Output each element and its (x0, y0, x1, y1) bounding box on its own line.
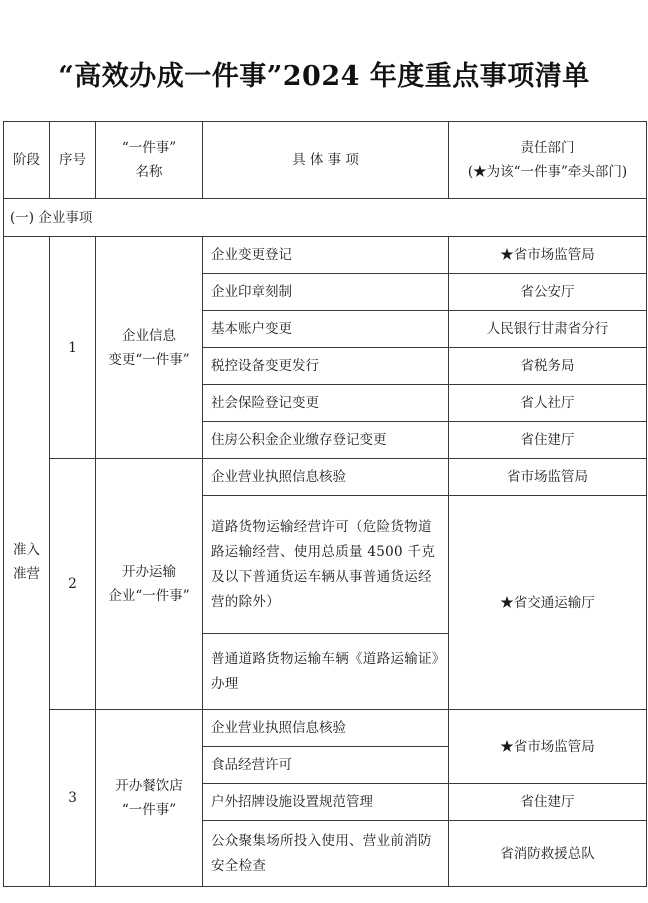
matter-name-cell: 开办餐饮店 “一件事” (96, 710, 203, 887)
item-cell: 社会保险登记变更 (203, 385, 449, 422)
dept-cell: 省税务局 (449, 348, 647, 385)
matter-name-line2: 变更“一件事” (96, 348, 202, 372)
item-cell: 道路货物运输经营许可（危险货物道路运输经营、使用总质量 4500 千克及以下普通… (203, 496, 449, 634)
header-seq: 序号 (50, 122, 96, 199)
header-stage: 阶段 (4, 122, 50, 199)
matter-name-cell: 开办运输 企业“一件事” (96, 459, 203, 710)
item-cell: 企业印章刻制 (203, 274, 449, 311)
header-name-line2: 名称 (96, 160, 202, 184)
stage-line1: 准入 (4, 538, 49, 562)
header-items: 具 体 事 项 (203, 122, 449, 199)
section-title: (一) 企业事项 (4, 199, 647, 237)
matter-name-line2: “一件事” (96, 798, 202, 822)
header-name-line1: “一件事” (96, 136, 202, 160)
item-cell: 基本账户变更 (203, 311, 449, 348)
matter-name-line1: 开办运输 (96, 560, 202, 584)
document-title: “高效办成一件事”2024 年度重点事项清单 (0, 54, 648, 93)
stage-cell: 准入 准营 (4, 237, 50, 887)
item-cell: 普通道路货物运输车辆《道路运输证》办理 (203, 634, 449, 710)
header-dept-line2: (★为该“一件事”牵头部门) (449, 160, 646, 184)
dept-cell: ★省市场监管局 (449, 237, 647, 274)
item-cell: 企业营业执照信息核验 (203, 459, 449, 496)
seq-cell: 3 (50, 710, 96, 887)
stage-line2: 准营 (4, 562, 49, 586)
item-cell: 食品经营许可 (203, 747, 449, 784)
item-cell: 企业变更登记 (203, 237, 449, 274)
dept-cell: 人民银行甘肃省分行 (449, 311, 647, 348)
matter-name-line1: 企业信息 (96, 324, 202, 348)
matters-table: 阶段 序号 “一件事” 名称 具 体 事 项 责任部门 (★为该“一件事”牵头部… (3, 121, 647, 887)
matter-name-line1: 开办餐饮店 (96, 774, 202, 798)
dept-cell: ★省交通运输厅 (449, 496, 647, 710)
table-header-row: 阶段 序号 “一件事” 名称 具 体 事 项 责任部门 (★为该“一件事”牵头部… (4, 122, 647, 199)
item-cell: 企业营业执照信息核验 (203, 710, 449, 747)
dept-cell: ★省市场监管局 (449, 710, 647, 784)
item-cell: 公众聚集场所投入使用、营业前消防安全检查 (203, 821, 449, 887)
dept-cell: 省住建厅 (449, 784, 647, 821)
item-cell: 住房公积金企业缴存登记变更 (203, 422, 449, 459)
header-dept: 责任部门 (★为该“一件事”牵头部门) (449, 122, 647, 199)
table-row: 3 开办餐饮店 “一件事” 企业营业执照信息核验 ★省市场监管局 (4, 710, 647, 747)
section-row: (一) 企业事项 (4, 199, 647, 237)
seq-cell: 2 (50, 459, 96, 710)
dept-cell: 省公安厅 (449, 274, 647, 311)
header-name: “一件事” 名称 (96, 122, 203, 199)
matter-name-line2: 企业“一件事” (96, 584, 202, 608)
dept-cell: 省消防救援总队 (449, 821, 647, 887)
matter-name-cell: 企业信息 变更“一件事” (96, 237, 203, 459)
table-row: 2 开办运输 企业“一件事” 企业营业执照信息核验 省市场监管局 (4, 459, 647, 496)
seq-cell: 1 (50, 237, 96, 459)
item-cell: 户外招牌设施设置规范管理 (203, 784, 449, 821)
dept-cell: 省市场监管局 (449, 459, 647, 496)
dept-cell: 省住建厅 (449, 422, 647, 459)
dept-cell: 省人社厅 (449, 385, 647, 422)
table-row: 准入 准营 1 企业信息 变更“一件事” 企业变更登记 ★省市场监管局 (4, 237, 647, 274)
header-dept-line1: 责任部门 (449, 136, 646, 160)
item-cell: 税控设备变更发行 (203, 348, 449, 385)
